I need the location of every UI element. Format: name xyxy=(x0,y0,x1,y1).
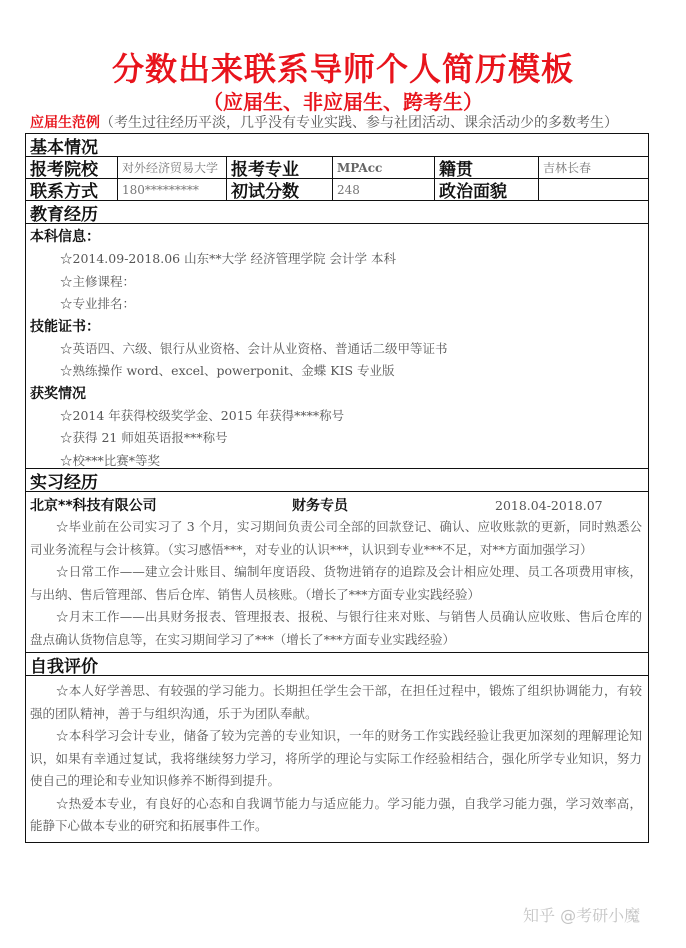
zhihu-watermark: 知乎 @考研小魔 xyxy=(523,903,640,926)
job-role: 财务专员 xyxy=(292,495,495,515)
self-evaluation-block: ☆本人好学善思、有较强的学习能力。长期担任学生会干部，在担任过程中，锻炼了组织协… xyxy=(26,676,648,842)
info-row-1: 报考院校 对外经济贸易大学 报考专业 MPAcc 籍贯 吉林长春 xyxy=(26,157,648,179)
education-block: 本科信息： ☆2014.09-2018.06 山东**大学 经济管理学院 会计学… xyxy=(26,224,648,469)
section-heading-basic-info: 基本情况 xyxy=(26,134,648,157)
value-target-school: 对外经济贸易大学 xyxy=(118,157,227,178)
awards-item: ☆获得 21 师姐英语报***称号 xyxy=(30,427,642,450)
section-heading-education: 教育经历 xyxy=(26,201,648,224)
skills-heading: 技能证书： xyxy=(30,316,642,338)
self-evaluation-paragraph: ☆本人好学善思、有较强的学习能力。长期担任学生会干部，在担任过程中，锻炼了组织协… xyxy=(30,680,642,725)
section-heading-self-evaluation: 自我评价 xyxy=(26,653,648,676)
value-initial-score: 248 xyxy=(333,179,435,200)
self-evaluation-paragraph: ☆热爱本专业，有良好的心态和自我调节能力与适应能力。学习能力强，自我学习能力强，… xyxy=(30,793,642,838)
undergrad-item: ☆专业排名： xyxy=(30,293,642,316)
skills-item: ☆熟练操作 word、excel、powerponit、金蝶 KIS 专业版 xyxy=(30,360,642,383)
label-initial-score: 初试分数 xyxy=(227,179,333,200)
value-target-major: MPAcc xyxy=(333,157,435,178)
example-caption: 应届生范例（考生过往经历平淡，几乎没有专业实践、参与社团活动、课余活动少的多数考… xyxy=(30,112,618,132)
value-hometown: 吉林长春 xyxy=(539,157,648,178)
example-description: （考生过往经历平淡，几乎没有专业实践、参与社团活动、课余活动少的多数考生） xyxy=(100,115,618,131)
self-evaluation-paragraph: ☆本科学习会计专业，储备了较为完善的专业知识，一年的财务工作实践经验让我更加深刻… xyxy=(30,725,642,793)
awards-heading: 获奖情况 xyxy=(30,383,642,405)
job-company: 北京**科技有限公司 xyxy=(30,495,292,515)
job-period: 2018.04-2018.07 xyxy=(495,498,603,513)
info-row-2: 联系方式 180********* 初试分数 248 政治面貌 xyxy=(26,179,648,201)
undergrad-item: ☆2014.09-2018.06 山东**大学 经济管理学院 会计学 本科 xyxy=(30,248,642,271)
label-target-school: 报考院校 xyxy=(26,157,118,178)
section-heading-internship: 实习经历 xyxy=(26,469,648,492)
internship-paragraph: ☆月末工作——出具财务报表、管理报表、报税、与银行往来对账、与销售人员确认应收账… xyxy=(30,606,642,651)
resume-sheet: 基本情况 报考院校 对外经济贸易大学 报考专业 MPAcc 籍贯 吉林长春 联系… xyxy=(25,133,649,843)
internship-paragraph: ☆毕业前在公司实习了 3 个月，实习期间负责公司全部的回款登记、确认、应收账款的… xyxy=(30,516,642,561)
awards-item: ☆2014 年获得校级奖学金、2015 年获得****称号 xyxy=(30,405,642,428)
label-hometown: 籍贯 xyxy=(435,157,539,178)
value-political-status xyxy=(539,179,648,200)
document-title: 分数出来联系导师个人简历模板 xyxy=(0,44,686,90)
document-subtitle: （应届生、非应届生、跨考生） xyxy=(0,86,686,115)
label-political-status: 政治面貌 xyxy=(435,179,539,200)
label-target-major: 报考专业 xyxy=(227,157,333,178)
internship-block: 北京**科技有限公司 财务专员 2018.04-2018.07 ☆毕业前在公司实… xyxy=(26,492,648,653)
label-contact: 联系方式 xyxy=(26,179,118,200)
job-header: 北京**科技有限公司 财务专员 2018.04-2018.07 xyxy=(30,494,642,516)
undergrad-heading: 本科信息： xyxy=(30,226,642,248)
skills-item: ☆英语四、六级、银行从业资格、会计从业资格、普通话二级甲等证书 xyxy=(30,338,642,361)
example-tag: 应届生范例 xyxy=(30,115,100,131)
undergrad-item: ☆主修课程： xyxy=(30,271,642,294)
value-contact: 180********* xyxy=(118,179,227,200)
internship-paragraph: ☆日常工作——建立会计账目、编制年度语段、货物进销存的追踪及会计相应处理、员工各… xyxy=(30,561,642,606)
